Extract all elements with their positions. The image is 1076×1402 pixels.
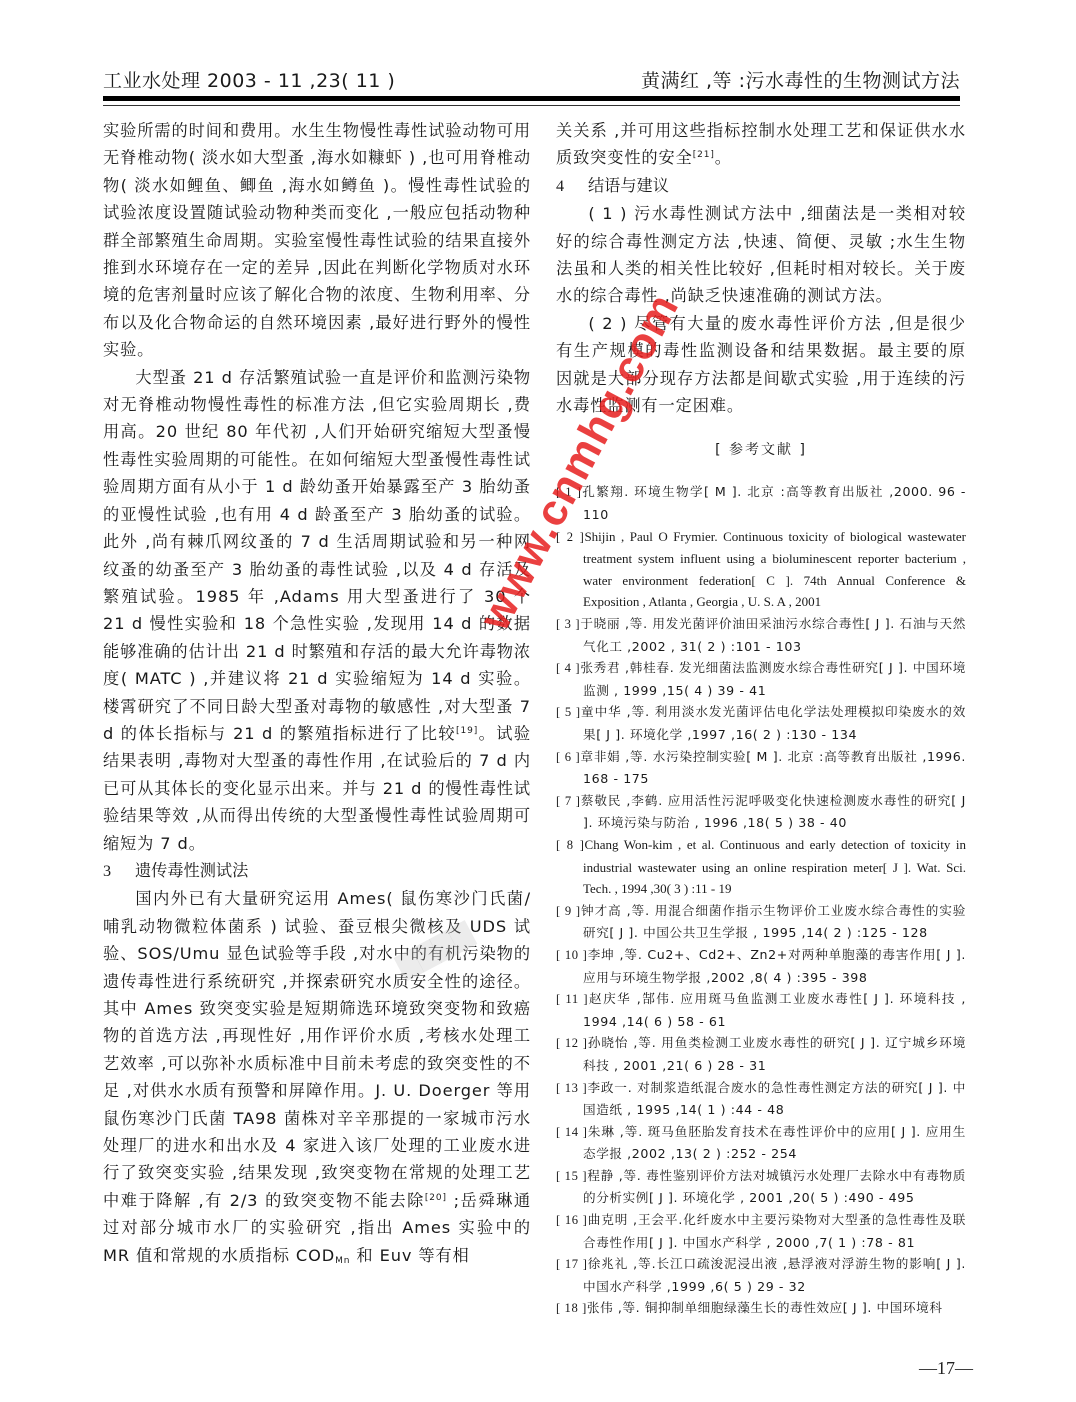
header-rule-thick bbox=[103, 96, 960, 101]
conclusion-1: ( 1 ) 污水毒性测试方法中 ,细菌法是一类相对较好的综合毒性测定方法 ,快速… bbox=[556, 200, 966, 310]
left-column: 实验所需的时间和费用。水生生物慢性毒性试验动物可用无脊椎动物( 淡水如大型蚤 ,… bbox=[103, 117, 531, 1269]
running-title: 黄满红 ,等 :污水毒性的生物测试方法 bbox=[641, 66, 960, 93]
reference-list: [ 1 ]孔繁翔. 环境生物学[ M ]. 北京 :高等教育出版社 ,2000.… bbox=[556, 481, 966, 1320]
reference-item: [ 15 ]程静 ,等. 毒性鉴别评价方法对城镇污水处理厂去除水中有毒物质的分析… bbox=[556, 1165, 966, 1209]
reference-item: [ 10 ]李坤 ,等. Cu2+、Cd2+、Zn2+对两种单胞藻的毒害作用[ … bbox=[556, 944, 966, 988]
reference-item: [ 5 ]童中华 ,等. 利用淡水发光菌评估电化学法处理模拟印染废水的效果[ J… bbox=[556, 701, 966, 745]
citation: [19] bbox=[456, 726, 478, 736]
citation: [21] bbox=[693, 150, 715, 160]
reference-item: [ 18 ]张伟 ,等. 铜抑制单细胞绿藻生长的毒性效应[ J ]. 中国环境科 bbox=[556, 1297, 966, 1320]
reference-item: [ 11 ]赵庆华 ,郜伟. 应用斑马鱼监测工业废水毒性[ J ]. 环境科技 … bbox=[556, 988, 966, 1032]
reference-item: [ 1 ]孔繁翔. 环境生物学[ M ]. 北京 :高等教育出版社 ,2000.… bbox=[556, 481, 966, 525]
reference-item: [ 7 ]蔡敬民 ,李鹤. 应用活性污泥呼吸变化快速检测废水毒性的研究[ J ]… bbox=[556, 790, 966, 834]
references-heading: [ 参考文献 ] bbox=[556, 439, 966, 459]
reference-item: [ 9 ]钟才高 ,等. 用混合细菌作指示生物评价工业废水综合毒性的实验研究[ … bbox=[556, 900, 966, 944]
paragraph-genotoxicity: 国内外已有大量研究运用 Ames( 鼠伤寒沙门氏菌/哺乳动物微粒体菌系 ) 试验… bbox=[103, 885, 531, 1269]
paragraph-continuation: 关关系 ,并可用这些指标控制水处理工艺和保证供水水质致突变性的安全[21]。 bbox=[556, 117, 966, 172]
conclusion-2: ( 2 ) 尽管有大量的废水毒性评价方法 ,但是很少有生产规模的毒性监测设备和结… bbox=[556, 310, 966, 420]
page-number: —17— bbox=[919, 1358, 973, 1379]
reference-item: [ 3 ]于晓丽 ,等. 用发光菌评价油田采油污水综合毒性[ J ]. 石油与天… bbox=[556, 613, 966, 657]
reference-item: [ 4 ]张秀君 ,韩桂春. 发光细菌法监测废水综合毒性研究[ J ]. 中国环… bbox=[556, 657, 966, 701]
reference-item: [ 12 ]孙晓怡 ,等. 用鱼类检测工业废水毒性的研究[ J ]. 辽宁城乡环… bbox=[556, 1032, 966, 1076]
reference-item: [ 13 ]李政一. 对制浆造纸混合废水的急性毒性测定方法的研究[ J ]. 中… bbox=[556, 1077, 966, 1121]
journal-info: 工业水处理 2003 - 11 ,23( 11 ) bbox=[103, 66, 395, 93]
citation: [20] bbox=[425, 1193, 447, 1203]
paragraph-daphnia: 大型蚤 21 d 存活繁殖试验一直是评价和监测污染物对无脊椎动物慢性毒性的标准方… bbox=[103, 364, 531, 857]
reference-item: [ 8 ]Chang Won-kim , et al. Continuous a… bbox=[556, 834, 966, 900]
reference-item: [ 2 ]Shijin , Paul O Frymier. Continuous… bbox=[556, 526, 966, 613]
section-heading-4: 4结语与建议 bbox=[556, 172, 966, 200]
paragraph-chronic-toxicity: 实验所需的时间和费用。水生生物慢性毒性试验动物可用无脊椎动物( 淡水如大型蚤 ,… bbox=[103, 117, 531, 364]
reference-item: [ 17 ]徐兆礼 ,等.长江口疏浚泥浸出液 ,悬浮液对浮游生物的影响[ J ]… bbox=[556, 1253, 966, 1297]
header-rule-thin bbox=[103, 105, 960, 106]
reference-item: [ 16 ]曲克明 ,王会平.化纤废水中主要污染物对大型蚤的急性毒性及联合毒性作… bbox=[556, 1209, 966, 1253]
reference-item: [ 14 ]朱琳 ,等. 斑马鱼胚胎发育技术在毒性评价中的应用[ J ]. 应用… bbox=[556, 1121, 966, 1165]
right-column: 关关系 ,并可用这些指标控制水处理工艺和保证供水水质致突变性的安全[21]。 4… bbox=[556, 117, 966, 1320]
section-heading-3: 3遗传毒性测试法 bbox=[103, 857, 531, 885]
reference-item: [ 6 ]章非娟 ,等. 水污染控制实验[ M ]. 北京 :高等教育出版社 ,… bbox=[556, 746, 966, 790]
